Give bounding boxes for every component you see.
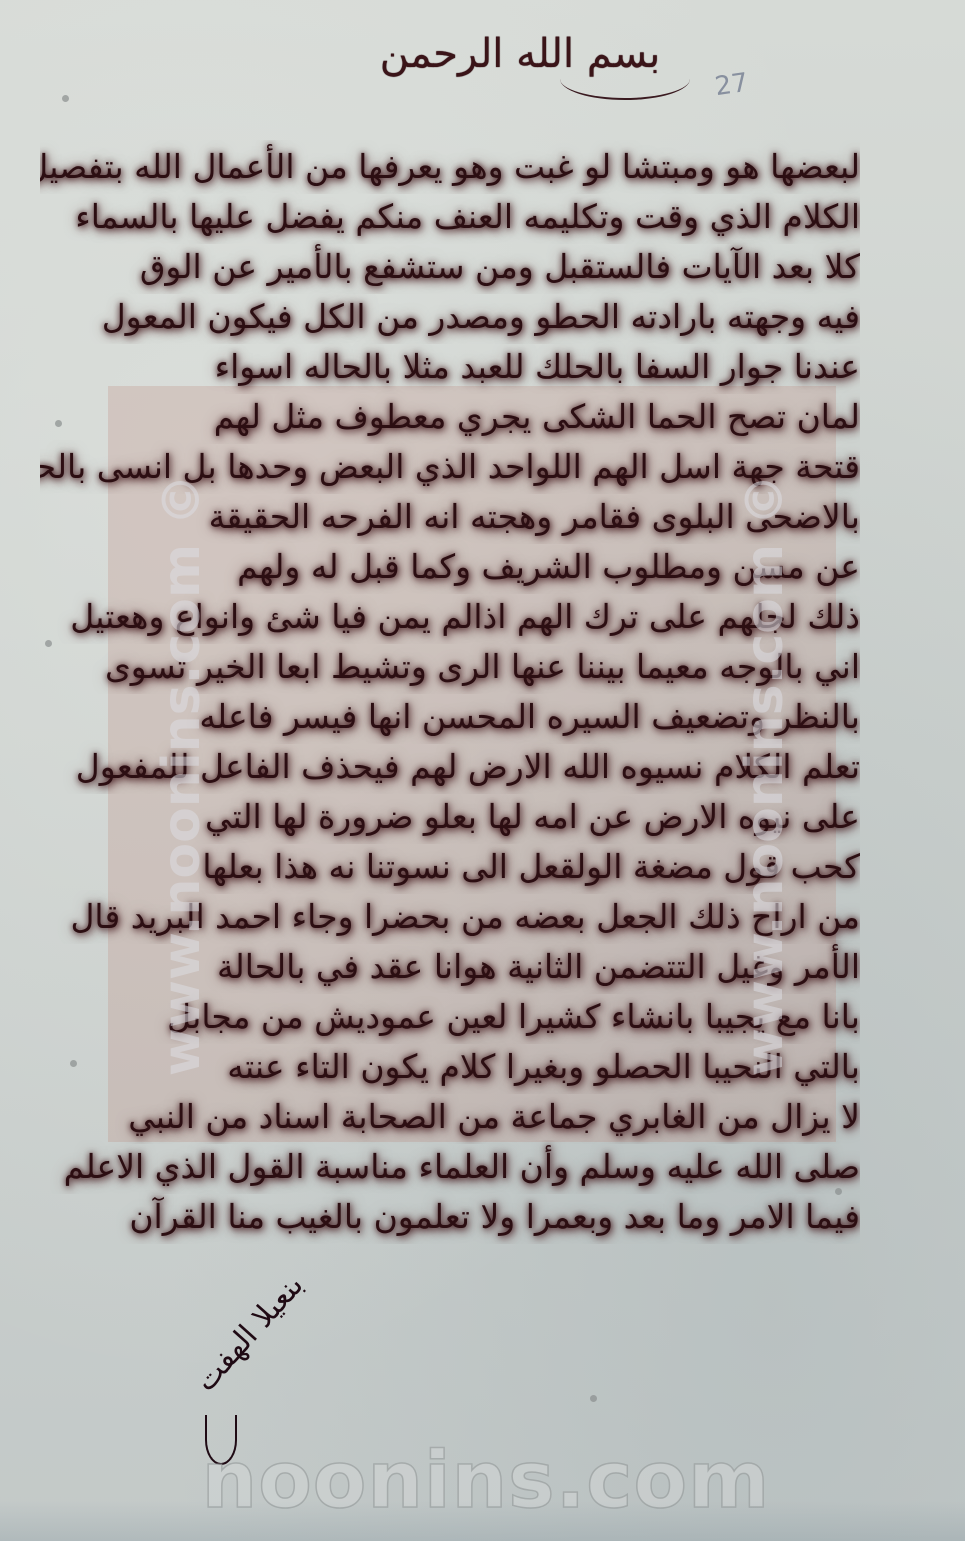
text-line: الكلام الذي وقت وتكليمه العنف منكم يفضل … bbox=[40, 190, 860, 244]
manuscript-page: بسم الله الرحمن 27 لبعضها هو ومبتشا لو غ… bbox=[0, 0, 965, 1541]
catchword: بنعيلا الهفت bbox=[188, 1268, 311, 1399]
paper-speck bbox=[45, 640, 52, 647]
paper-speck bbox=[62, 95, 69, 102]
paper-speck bbox=[835, 1188, 842, 1195]
vertical-watermark-right: www.noonins.com © bbox=[735, 395, 795, 1155]
paper-speck bbox=[590, 1395, 597, 1402]
paper-speck bbox=[70, 1060, 77, 1067]
text-line: عندنا جوار السفا بالحلك للعبد مثلا بالحا… bbox=[40, 340, 860, 394]
text-line: فيما الامر وما بعد وبعمرا ولا تعلمون بال… bbox=[40, 1190, 860, 1244]
paper-speck bbox=[55, 420, 62, 427]
text-line: كلا بعد الآيات فالستقبل ومن ستشفع بالأمي… bbox=[40, 240, 860, 294]
text-line: فيه وجهته بارادته الحطو ومصدر من الكل في… bbox=[40, 290, 860, 344]
header-swash-stroke bbox=[560, 58, 690, 100]
vertical-watermark-left: www.noonins.com © bbox=[152, 395, 212, 1155]
page-edge-shadow bbox=[0, 1501, 965, 1541]
text-line: لبعضها هو ومبتشا لو غبت وهو يعرفها من ال… bbox=[40, 140, 860, 194]
folio-number: 27 bbox=[713, 68, 750, 102]
